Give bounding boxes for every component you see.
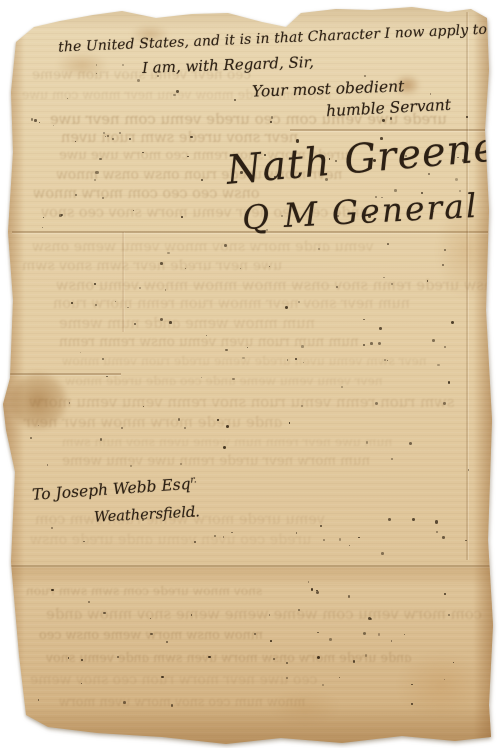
letter-body-line: the United States, and it is in that Cha…	[58, 20, 500, 55]
valediction-line-3: humble Servant	[326, 96, 452, 121]
address-recipient-text: To Joseph Webb Esq	[32, 475, 192, 504]
letter-page: ceo nevr vemu snov ruon wemeceo com ured…	[0, 0, 500, 748]
address-recipient-suffix: r.	[190, 474, 197, 485]
letter-page-wrapper: ceo nevr vemu snov ruon wemeceo com ured…	[0, 0, 500, 748]
handwriting-layer: the United States, and it is in that Cha…	[0, 0, 500, 748]
valediction-line-1: I am, with Regard, Sir,	[142, 53, 314, 77]
address-recipient: To Joseph Webb Esqr.	[32, 474, 198, 504]
address-place: Weathersfield.	[94, 504, 201, 526]
signature-title: Q M General	[241, 186, 479, 237]
valediction-line-2: Your most obedient	[252, 77, 405, 100]
signature-name: Nath Greene	[225, 124, 500, 194]
